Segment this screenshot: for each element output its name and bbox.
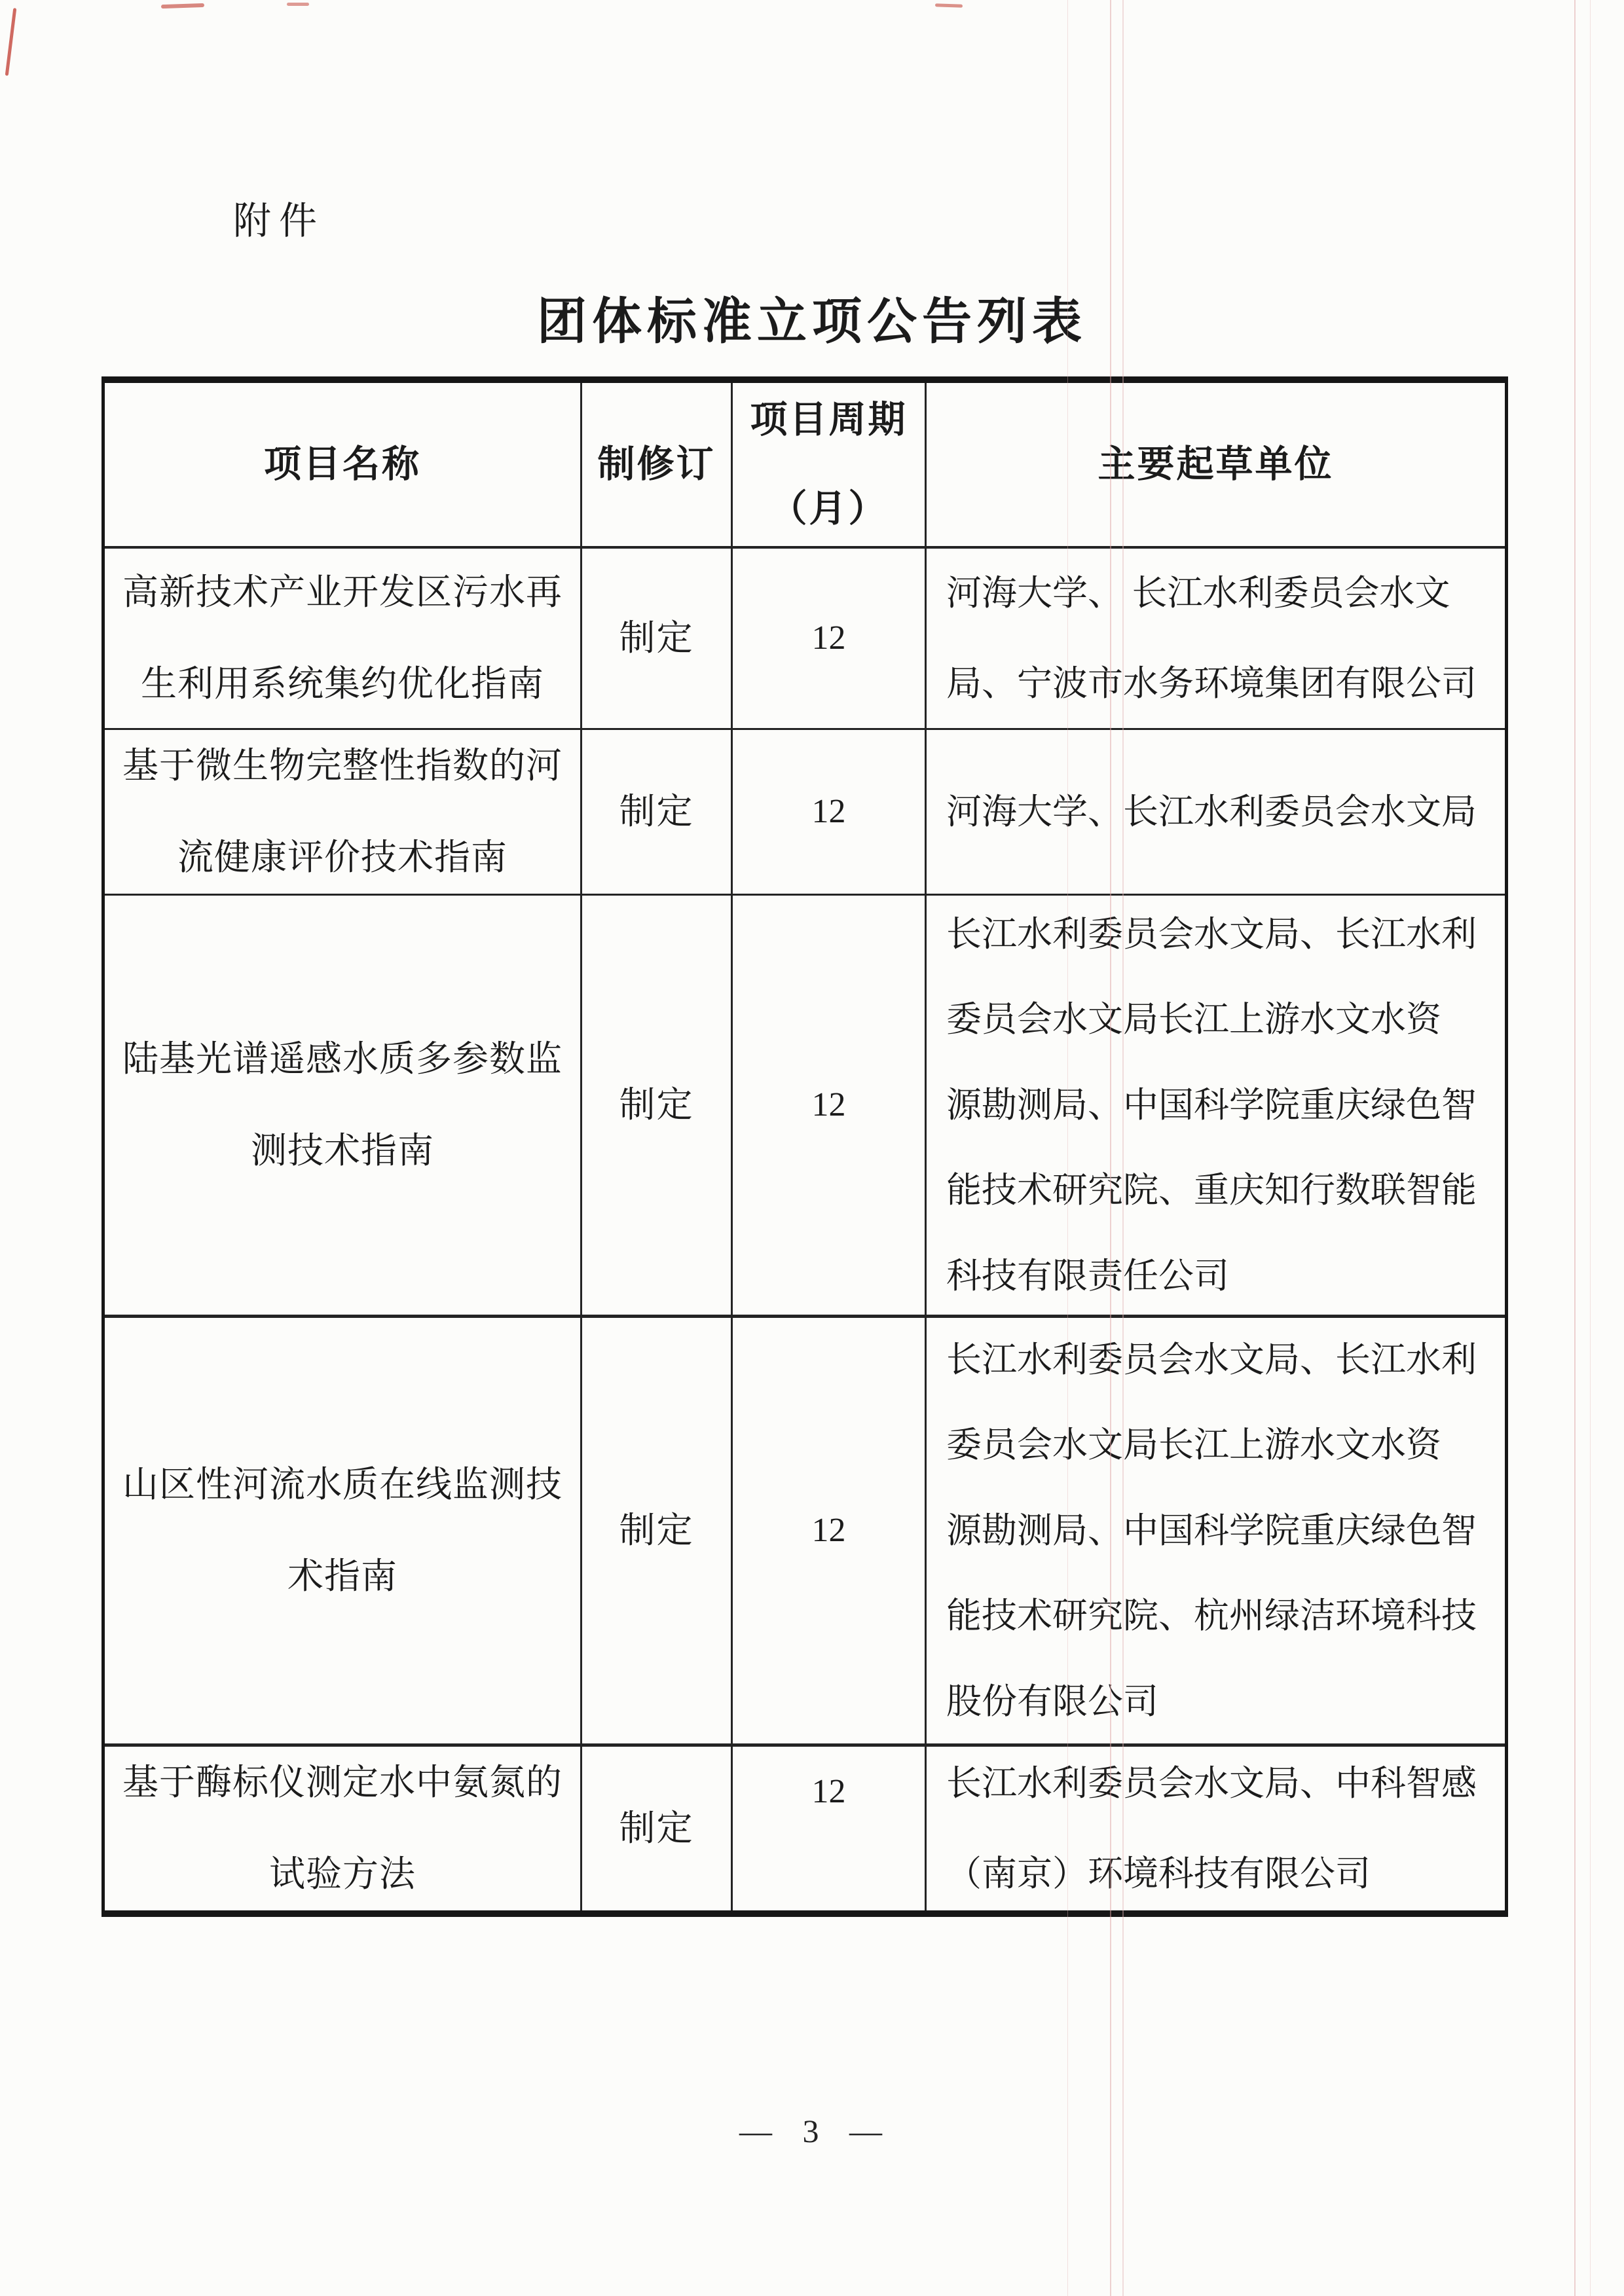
revision-value: 制定 [619, 1510, 693, 1551]
text-line: 源勘测局、中国科学院重庆绿色智 [946, 1085, 1477, 1125]
row5-drafters-cell: 长江水利委员会水文局、中科智感 （南京）环境科技有限公司 [927, 1747, 1505, 1910]
row4-drafters-cell: 长江水利委员会水文局、长江水利 委员会水文局长江上游水文水资 源勘测局、中国科学… [927, 1318, 1505, 1747]
text-line: 高新技术产业开发区污水再 [122, 572, 563, 613]
header-revision-type: 制修订 [582, 383, 733, 549]
row4-period-cell: 12 [733, 1318, 927, 1747]
row2-revision-cell: 制定 [582, 730, 733, 896]
document-page: 附件 团体标准立项公告列表 项目名称 制修订 项目周期 （月） 主要起草单位 高… [0, 0, 1624, 2296]
header-label: 主要起草单位 [1098, 444, 1334, 486]
standards-project-table: 项目名称 制修订 项目周期 （月） 主要起草单位 高新技术产业开发区污水再 生利… [101, 376, 1508, 1917]
row4-revision-cell: 制定 [582, 1318, 733, 1747]
period-value: 12 [812, 1512, 846, 1550]
row1-project-name-cell: 高新技术产业开发区污水再 生利用系统集约优化指南 [105, 549, 582, 730]
header-project-period: 项目周期 （月） [733, 383, 927, 549]
row2-project-name-cell: 基于微生物完整性指数的河 流健康评价技术指南 [105, 730, 582, 896]
text-line: 科技有限责任公司 [946, 1256, 1229, 1296]
text-line: 术指南 [287, 1556, 397, 1597]
row3-project-name-cell: 陆基光谱遥感水质多参数监 测技术指南 [105, 896, 582, 1318]
scan-edge-mark [935, 3, 963, 7]
header-label: 项目名称 [264, 444, 421, 486]
revision-value: 制定 [619, 1085, 693, 1125]
row4-project-name-cell: 山区性河流水质在线监测技 术指南 [105, 1318, 582, 1747]
revision-value: 制定 [619, 618, 693, 659]
text-line: 长江水利委员会水文局、长江水利 [946, 915, 1477, 954]
text-line: 股份有限公司 [946, 1682, 1158, 1721]
text-line: 委员会水文局长江上游水文水资 [946, 1000, 1441, 1039]
text-line: 长江水利委员会水文局、长江水利 [946, 1340, 1477, 1379]
header-drafting-units: 主要起草单位 [927, 383, 1505, 549]
header-label-line1: 项目周期 [750, 399, 908, 441]
text-line: 生利用系统集约优化指南 [141, 664, 544, 704]
row2-drafters-cell: 河海大学、长江水利委员会水文局 [927, 730, 1505, 896]
row3-revision-cell: 制定 [582, 896, 733, 1318]
period-value: 12 [812, 1773, 846, 1811]
row1-period-cell: 12 [733, 549, 927, 730]
header-project-name: 项目名称 [105, 383, 582, 549]
period-value: 12 [812, 619, 846, 657]
header-label-line2: （月） [770, 488, 888, 530]
text-line: 试验方法 [269, 1854, 416, 1895]
row3-drafters-cell: 长江水利委员会水文局、长江水利 委员会水文局长江上游水文水资 源勘测局、中国科学… [927, 896, 1505, 1318]
text-line: 能技术研究院、重庆知行数联智能 [946, 1171, 1477, 1210]
text-line: 源勘测局、中国科学院重庆绿色智 [946, 1511, 1477, 1550]
text-line: 基于微生物完整性指数的河 [122, 746, 563, 786]
text-line: 陆基光谱遥感水质多参数监 [122, 1039, 563, 1080]
attachment-label: 附件 [233, 190, 325, 245]
row5-revision-cell: 制定 [582, 1747, 733, 1910]
text-line: 基于酶标仪测定水中氨氮的 [122, 1762, 563, 1803]
text-line: 委员会水文局长江上游水文水资 [946, 1425, 1441, 1465]
row2-period-cell: 12 [733, 730, 927, 896]
text-line: 山区性河流水质在线监测技 [122, 1465, 563, 1505]
text-line: 局、宁波市水务环境集团有限公司 [946, 664, 1477, 703]
revision-value: 制定 [619, 792, 693, 832]
text-line: （南京）环境科技有限公司 [946, 1854, 1371, 1893]
row1-revision-cell: 制定 [582, 549, 733, 730]
revision-value: 制定 [619, 1808, 693, 1849]
period-value: 12 [812, 1086, 846, 1124]
text-line: 河海大学、 长江水利委员会水文 [946, 574, 1450, 613]
scan-edge-mark [5, 8, 17, 76]
period-value: 12 [812, 793, 846, 831]
scan-edge-mark [287, 3, 309, 6]
row3-period-cell: 12 [733, 896, 927, 1318]
text-line: 流健康评价技术指南 [177, 837, 507, 878]
page-number: — 3 — [0, 2112, 1624, 2150]
text-line: 能技术研究院、杭州绿洁环境科技 [946, 1596, 1477, 1635]
text-line: 长江水利委员会水文局、中科智感 [946, 1764, 1477, 1803]
row1-drafters-cell: 河海大学、 长江水利委员会水文 局、宁波市水务环境集团有限公司 [927, 549, 1505, 730]
text-line: 测技术指南 [251, 1131, 434, 1171]
scan-edge-mark [161, 3, 204, 9]
row5-period-cell: 12 [733, 1747, 927, 1910]
page-title: 团体标准立项公告列表 [0, 282, 1624, 353]
header-label: 制修订 [598, 444, 716, 486]
text-line: 河海大学、长江水利委员会水文局 [946, 792, 1477, 831]
row5-project-name-cell: 基于酶标仪测定水中氨氮的 试验方法 [105, 1747, 582, 1910]
